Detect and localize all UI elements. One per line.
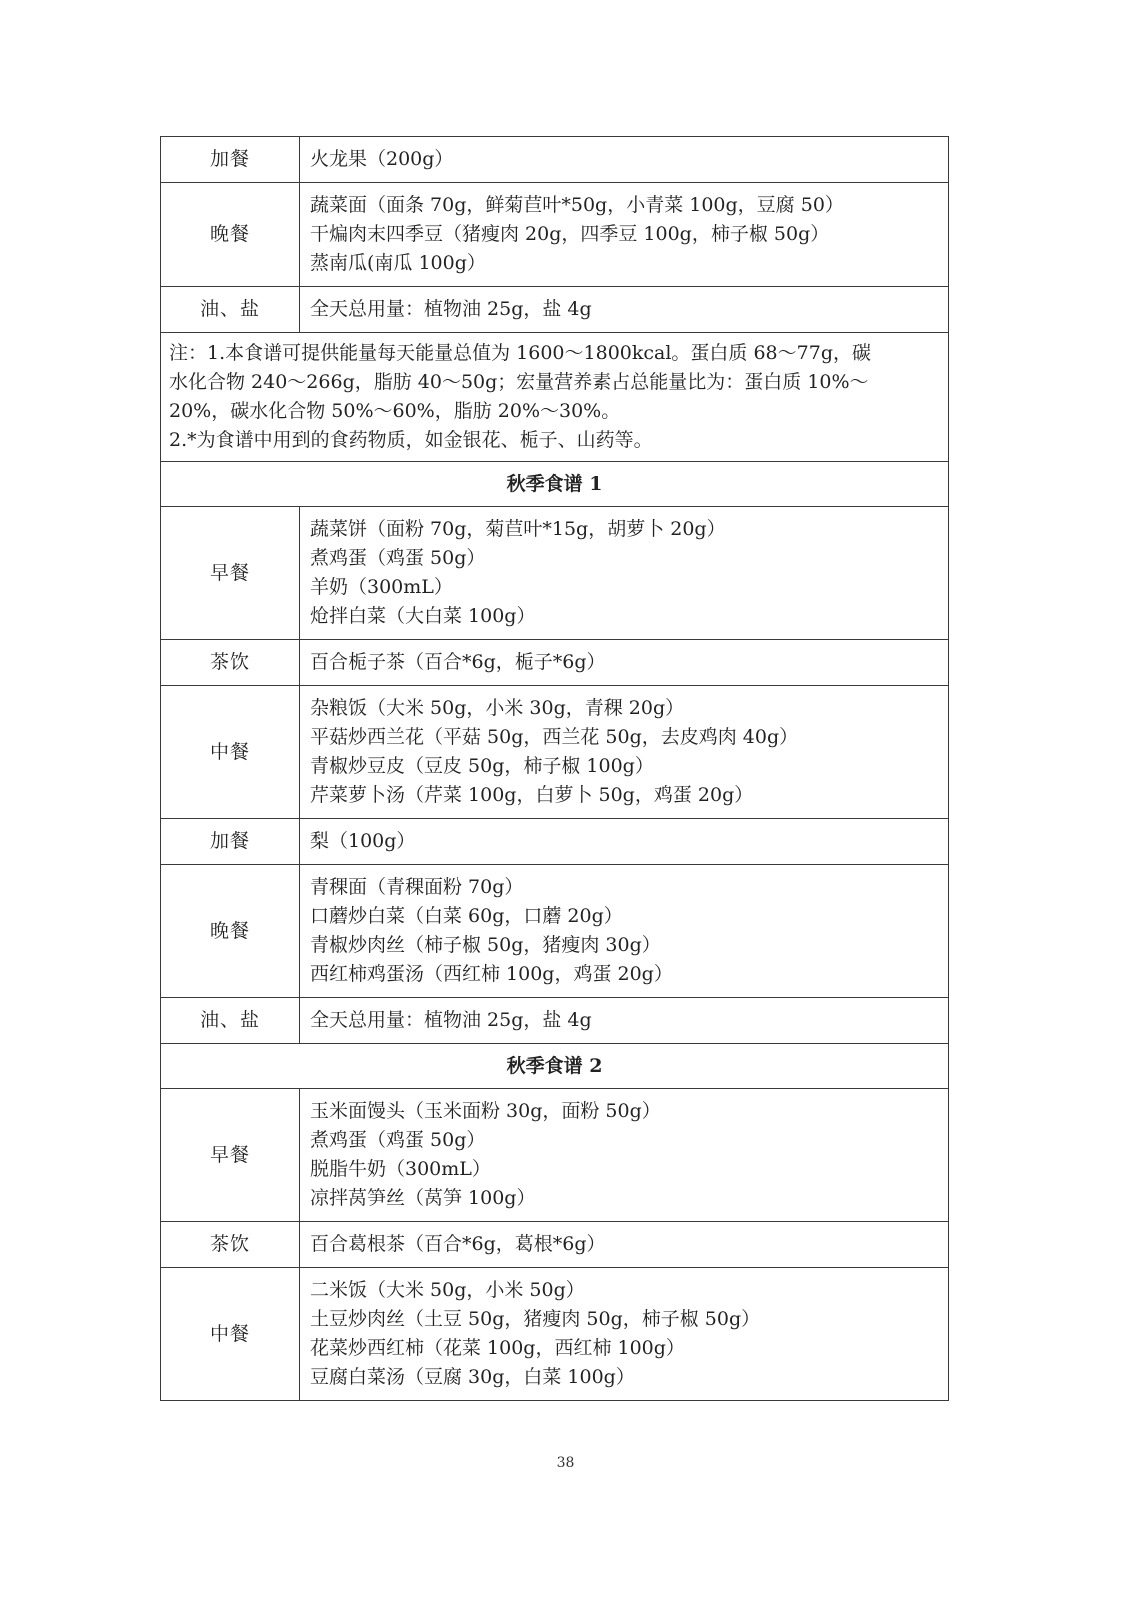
section-header-autumn-2: 秋季食谱 2: [161, 1044, 949, 1089]
food-item: 口蘑炒白菜（白菜 60g，口蘑 20g）: [310, 902, 938, 931]
table-row-note: 注：1.本食谱可提供能量每天能量总值为 1600～1800kcal。蛋白质 68…: [161, 333, 949, 462]
table-row-lunch: 中餐 二米饭（大米 50g，小米 50g） 土豆炒肉丝（土豆 50g，猪瘦肉 5…: [161, 1268, 949, 1401]
section-title: 秋季食谱 2: [161, 1044, 949, 1089]
food-item: 青稞面（青稞面粉 70g）: [310, 873, 938, 902]
section-title: 秋季食谱 1: [161, 462, 949, 507]
meal-label: 加餐: [161, 819, 300, 865]
meal-content: 百合葛根茶（百合*6g，葛根*6g）: [300, 1222, 949, 1268]
food-item: 羊奶（300mL）: [310, 573, 938, 602]
meal-content: 二米饭（大米 50g，小米 50g） 土豆炒肉丝（土豆 50g，猪瘦肉 50g，…: [300, 1268, 949, 1401]
table-row-oil-salt: 油、盐 全天总用量：植物油 25g，盐 4g: [161, 287, 949, 333]
meal-content: 百合栀子茶（百合*6g，栀子*6g）: [300, 640, 949, 686]
food-item: 西红柿鸡蛋汤（西红柿 100g，鸡蛋 20g）: [310, 960, 938, 989]
food-item: 杂粮饭（大米 50g，小米 30g，青稞 20g）: [310, 694, 938, 723]
food-item: 梨（100g）: [310, 827, 938, 856]
note-line: 水化合物 240～266g，脂肪 40～50g；宏量营养素占总能量比为：蛋白质 …: [169, 368, 940, 397]
food-item: 凉拌莴笋丝（莴笋 100g）: [310, 1184, 938, 1213]
note-line: 注：1.本食谱可提供能量每天能量总值为 1600～1800kcal。蛋白质 68…: [169, 339, 940, 368]
food-item: 全天总用量：植物油 25g，盐 4g: [310, 295, 938, 324]
meal-label: 早餐: [161, 507, 300, 640]
food-item: 煮鸡蛋（鸡蛋 50g）: [310, 544, 938, 573]
meal-label: 晚餐: [161, 183, 300, 287]
food-item: 玉米面馒头（玉米面粉 30g，面粉 50g）: [310, 1097, 938, 1126]
meal-label: 茶饮: [161, 640, 300, 686]
food-item: 青椒炒肉丝（柿子椒 50g，猪瘦肉 30g）: [310, 931, 938, 960]
table-row-breakfast: 早餐 玉米面馒头（玉米面粉 30g，面粉 50g） 煮鸡蛋（鸡蛋 50g） 脱脂…: [161, 1089, 949, 1222]
meal-content: 全天总用量：植物油 25g，盐 4g: [300, 287, 949, 333]
table-row-lunch: 中餐 杂粮饭（大米 50g，小米 30g，青稞 20g） 平菇炒西兰花（平菇 5…: [161, 686, 949, 819]
food-item: 二米饭（大米 50g，小米 50g）: [310, 1276, 938, 1305]
food-item: 火龙果（200g）: [310, 145, 938, 174]
table-row-breakfast: 早餐 蔬菜饼（面粉 70g，菊苣叶*15g，胡萝卜 20g） 煮鸡蛋（鸡蛋 50…: [161, 507, 949, 640]
food-item: 蔬菜面（面条 70g，鲜菊苣叶*50g，小青菜 100g，豆腐 50）: [310, 191, 938, 220]
table-row-tea: 茶饮 百合葛根茶（百合*6g，葛根*6g）: [161, 1222, 949, 1268]
meal-label: 茶饮: [161, 1222, 300, 1268]
note-line: 2.*为食谱中用到的食药物质，如金银花、栀子、山药等。: [169, 426, 940, 455]
table-row-dinner: 晚餐 青稞面（青稞面粉 70g） 口蘑炒白菜（白菜 60g，口蘑 20g） 青椒…: [161, 865, 949, 998]
meal-label: 油、盐: [161, 998, 300, 1044]
meal-label: 中餐: [161, 686, 300, 819]
meal-label: 中餐: [161, 1268, 300, 1401]
note-cell: 注：1.本食谱可提供能量每天能量总值为 1600～1800kcal。蛋白质 68…: [161, 333, 949, 462]
meal-content: 玉米面馒头（玉米面粉 30g，面粉 50g） 煮鸡蛋（鸡蛋 50g） 脱脂牛奶（…: [300, 1089, 949, 1222]
table-row-snack: 加餐 梨（100g）: [161, 819, 949, 865]
food-item: 脱脂牛奶（300mL）: [310, 1155, 938, 1184]
food-item: 豆腐白菜汤（豆腐 30g，白菜 100g）: [310, 1363, 938, 1392]
food-item: 百合葛根茶（百合*6g，葛根*6g）: [310, 1230, 938, 1259]
food-item: 芹菜萝卜汤（芹菜 100g，白萝卜 50g，鸡蛋 20g）: [310, 781, 938, 810]
meal-content: 青稞面（青稞面粉 70g） 口蘑炒白菜（白菜 60g，口蘑 20g） 青椒炒肉丝…: [300, 865, 949, 998]
meal-label: 油、盐: [161, 287, 300, 333]
meal-content: 蔬菜面（面条 70g，鲜菊苣叶*50g，小青菜 100g，豆腐 50） 干煸肉末…: [300, 183, 949, 287]
meal-content: 杂粮饭（大米 50g，小米 30g，青稞 20g） 平菇炒西兰花（平菇 50g，…: [300, 686, 949, 819]
meal-content: 火龙果（200g）: [300, 137, 949, 183]
page-number: 38: [0, 1455, 1131, 1471]
food-item: 干煸肉末四季豆（猪瘦肉 20g，四季豆 100g，柿子椒 50g）: [310, 220, 938, 249]
food-item: 炝拌白菜（大白菜 100g）: [310, 602, 938, 631]
menu-table: 加餐 火龙果（200g） 晚餐 蔬菜面（面条 70g，鲜菊苣叶*50g，小青菜 …: [160, 136, 949, 1401]
food-item: 蔬菜饼（面粉 70g，菊苣叶*15g，胡萝卜 20g）: [310, 515, 938, 544]
meal-label: 加餐: [161, 137, 300, 183]
meal-content: 蔬菜饼（面粉 70g，菊苣叶*15g，胡萝卜 20g） 煮鸡蛋（鸡蛋 50g） …: [300, 507, 949, 640]
table-row-tea: 茶饮 百合栀子茶（百合*6g，栀子*6g）: [161, 640, 949, 686]
food-item: 花菜炒西红柿（花菜 100g，西红柿 100g）: [310, 1334, 938, 1363]
food-item: 煮鸡蛋（鸡蛋 50g）: [310, 1126, 938, 1155]
meal-label: 晚餐: [161, 865, 300, 998]
food-item: 平菇炒西兰花（平菇 50g，西兰花 50g，去皮鸡肉 40g）: [310, 723, 938, 752]
meal-content: 梨（100g）: [300, 819, 949, 865]
note-line: 20%，碳水化合物 50%～60%，脂肪 20%～30%。: [169, 397, 940, 426]
table-row-dinner: 晚餐 蔬菜面（面条 70g，鲜菊苣叶*50g，小青菜 100g，豆腐 50） 干…: [161, 183, 949, 287]
section-header-autumn-1: 秋季食谱 1: [161, 462, 949, 507]
table-row-snack: 加餐 火龙果（200g）: [161, 137, 949, 183]
food-item: 青椒炒豆皮（豆皮 50g，柿子椒 100g）: [310, 752, 938, 781]
meal-content: 全天总用量：植物油 25g，盐 4g: [300, 998, 949, 1044]
food-item: 全天总用量：植物油 25g，盐 4g: [310, 1006, 938, 1035]
table-row-oil-salt: 油、盐 全天总用量：植物油 25g，盐 4g: [161, 998, 949, 1044]
food-item: 蒸南瓜(南瓜 100g）: [310, 249, 938, 278]
food-item: 百合栀子茶（百合*6g，栀子*6g）: [310, 648, 938, 677]
meal-label: 早餐: [161, 1089, 300, 1222]
food-item: 土豆炒肉丝（土豆 50g，猪瘦肉 50g，柿子椒 50g）: [310, 1305, 938, 1334]
